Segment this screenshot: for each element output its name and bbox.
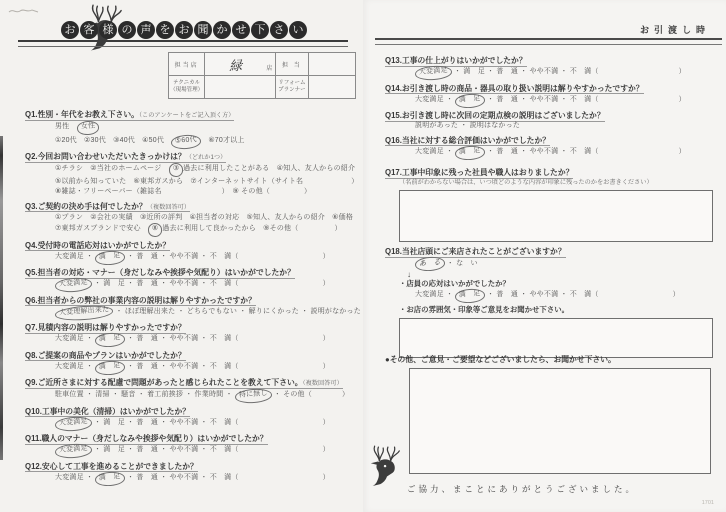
q14-scale: 大変満足 ・ 満 足 ・ 普 通 ・ やや不満 ・ 不 満（） xyxy=(385,94,719,108)
q3-options-line1: ①プラン ②会社の実績 ③近所の評判 ④担当者の対応 ⑤知人、友人からの紹介 ⑥… xyxy=(25,213,361,224)
question-title: Q13.工事の仕上がりはいかがでしたか？ xyxy=(385,56,527,67)
option-text: ・ 普 通 ・ やや不満 ・ 不 満（ xyxy=(125,363,239,370)
title-badge-char: さ xyxy=(270,21,288,39)
q17-note: （名前がわからない場合は、いつ頃どのような内容が印象に残ったのかをお書きください… xyxy=(385,178,719,187)
q16-scale: 大変満足 ・ 満 足 ・ 普 通 ・ やや不満 ・ 不 満（） xyxy=(385,146,719,160)
circled-answer: 大変満足 xyxy=(55,277,93,293)
corner-scribble xyxy=(7,6,41,16)
option-text: 大変満足 ・ xyxy=(415,291,455,298)
question-title: Q5.担当者の対応・マナー（身だしなみや挨拶や気配り）はいかがでしたか？ xyxy=(25,268,295,279)
q2-options-line2: ⑤以前から知っていた ⑥東邦ガスから ⑦インターネットサイト（サイト名） xyxy=(25,177,361,188)
option-text: ①プラン ②会社の実績 ③近所の評判 ④担当者の対応 ⑤知人、友人からの紹介 ⑥… xyxy=(55,214,353,221)
question-q3: Q3.ご契約の決め手は何でしたか？（複数回答可） ①プラン ②会社の実績 ③近所… xyxy=(25,202,361,237)
q5-scale: 大変満足 ・ 満 足 ・ 普 通 ・ やや不満 ・ 不 満（） xyxy=(25,278,361,292)
question-q1: Q1.性別・年代をお教え下さい。（このアンケートをご記入頂く方） 男性 女性 ①… xyxy=(25,110,361,148)
circled-answer: 満 足 xyxy=(95,332,125,348)
option-text: ） xyxy=(323,419,330,426)
staff-technical-value xyxy=(205,76,276,99)
option-text xyxy=(69,123,76,130)
staff-table: 担当店 店 緑 担 当 テクニカル（現場管理） リフォームプランナー xyxy=(168,52,356,99)
question-q17: Q17.工事中印象に残った社員や職人はおりましたか？ （名前がわからない場合は、… xyxy=(385,168,719,242)
title-badge-char: い xyxy=(289,21,307,39)
option-text: ・ その他（ xyxy=(272,391,312,398)
option-text: 説明があった ・ 説明はなかった xyxy=(415,122,520,129)
option-text: 過去に利用したことがある ④知人、友人からの紹介 xyxy=(183,165,355,172)
q9-options: 駐車位置 ・ 清掃 ・ 騒音 ・ 着工前挨拶 ・ 作業時間 ・ 特に無し ・ そ… xyxy=(25,389,361,403)
page-title: お客様の声をお聞かせ下さい xyxy=(61,21,308,39)
option-text: ⑤以前から知っていた ⑥東邦ガスから ⑦インターネットサイト（サイト名 xyxy=(55,178,303,185)
other-comments-box xyxy=(409,368,711,474)
title-badge-char: か xyxy=(213,21,231,39)
question-title: Q8.ご提案の商品やプランはいかがでしたか？ xyxy=(25,351,186,362)
q13-scale: 大変満足 ・ 満 足 ・ 普 通 ・ やや不満 ・ 不 満（） xyxy=(385,66,719,80)
title-badge-char: お xyxy=(175,21,193,39)
questions-right: Q13.工事の仕上がりはいかがでしたか？ 大変満足 ・ 満 足 ・ 普 通 ・ … xyxy=(385,56,719,363)
option-text: ・ 普 通 ・ やや不満 ・ 不 満（ xyxy=(125,253,239,260)
scan-edge-artifact xyxy=(0,136,3,460)
circled-answer: ⑤60代 xyxy=(171,133,202,149)
circled-answer: 満 足 xyxy=(95,249,125,265)
option-text: ・ 普 通 ・ やや不満 ・ 不 満（ xyxy=(485,148,599,155)
option-text: 大変満足 ・ xyxy=(55,474,95,481)
title-badge-char: 様 xyxy=(99,21,117,39)
question-q7: Q7.見積内容の説明は解りやすかったですか？ 大変満足 ・ 満 足 ・ 普 通 … xyxy=(25,323,361,347)
q18-options: あ る ・ な い xyxy=(385,257,719,271)
option-text: 大変満足 ・ xyxy=(415,148,455,155)
title-badge-char: 客 xyxy=(80,21,98,39)
question-q14: Q14.お引き渡し時の商品・器具の取り扱い説明は解りやすかったですか？ 大変満足… xyxy=(385,84,719,108)
question-q12: Q12.安心して工事を進めることができましたか？ 大変満足 ・ 満 足 ・ 普 … xyxy=(25,462,361,486)
q18-sub1-scale: 大変満足 ・ 満 足 ・ 普 通 ・ やや不満 ・ 不 満（） xyxy=(385,289,719,303)
question-q8: Q8.ご提案の商品やプランはいかがでしたか？ 大変満足 ・ 満 足 ・ 普 通 … xyxy=(25,351,361,375)
option-text xyxy=(239,450,323,451)
title-badge-char: お xyxy=(61,21,79,39)
option-text xyxy=(239,478,323,479)
title-badge-char: の xyxy=(118,21,136,39)
question-q9: Q9.ご近所さまに対する配慮で問題があったと感じられたことを教えて下さい。（複数… xyxy=(25,378,361,403)
q1-gender-options: 男性 女性 xyxy=(25,121,361,135)
answer-box-q17 xyxy=(399,190,713,242)
q11-scale: 大変満足 ・ 満 足 ・ 普 通 ・ やや不満 ・ 不 満（） xyxy=(25,444,361,458)
question-title: Q2.今回お問い合わせいただいたきっかけは？（どれか1つ） xyxy=(25,152,226,163)
q3-options-line2: ⑦東邦ガスブランドで安心 ⑧過去に利用して良かったから ⑨その他（） xyxy=(25,223,361,237)
option-text: ・ ほぼ理解出来た ・ どちらでもない ・ 解りにくかった ・ 説明がなかった xyxy=(113,308,361,315)
circled-answer: ③ xyxy=(168,163,183,177)
q2-options-line1: ①チラシ ②当社のホームページ ③過去に利用したことがある ④知人、友人からの紹… xyxy=(25,163,361,177)
option-text: ） xyxy=(323,474,330,481)
circled-answer: 大変満足 xyxy=(55,415,93,431)
staff-planner-value xyxy=(308,76,356,99)
option-text: ・ 満 足 ・ 普 通 ・ やや不満 ・ 不 満（ xyxy=(92,446,239,453)
question-title: Q12.安心して工事を進めることができましたか？ xyxy=(25,462,198,473)
staff-technical-label: テクニカル（現場管理） xyxy=(169,76,205,99)
staff-person-label: 担 当 xyxy=(276,53,308,76)
option-text xyxy=(303,182,351,183)
staff-store-label: 担当店 xyxy=(169,53,205,76)
title-badge-char: 声 xyxy=(137,21,155,39)
staff-person-value xyxy=(308,53,356,76)
option-text: 大変満足 ・ xyxy=(415,96,455,103)
staff-planner-label: リフォームプランナー xyxy=(276,76,308,99)
title-badge-char: 下 xyxy=(251,21,269,39)
option-text xyxy=(239,367,323,368)
option-text: ・ 満 足 ・ 普 通 ・ やや不満 ・ 不 満（ xyxy=(452,68,599,75)
circled-answer: 満 足 xyxy=(455,144,485,160)
q7-scale: 大変満足 ・ 満 足 ・ 普 通 ・ やや不満 ・ 不 満（） xyxy=(25,333,361,347)
question-q10: Q10.工事中の美化（清掃）はいかがでしたか？ 大変満足 ・ 満 足 ・ 普 通… xyxy=(25,407,361,431)
question-q13: Q13.工事の仕上がりはいかがでしたか？ 大変満足 ・ 満 足 ・ 普 通 ・ … xyxy=(385,56,719,80)
circled-answer: 大変満足 xyxy=(415,65,453,81)
option-text xyxy=(298,229,334,230)
handwritten-arrow: ↓ xyxy=(385,271,719,279)
option-text xyxy=(312,395,342,396)
q2-options-line3: ⑧雑誌・フリーペーパー（雑誌名） ⑨ その他（） xyxy=(25,187,361,198)
q1-age-options: ①20代 ②30代 ③40代 ④50代 ⑤60代 ⑥70才以上 xyxy=(25,135,361,149)
store-name-handwritten: 緑 xyxy=(205,53,276,74)
form-code: 1701 xyxy=(702,500,714,506)
thanks-message: ご協力、まことにありがとうございました。 xyxy=(407,483,637,495)
q8-scale: 大変満足 ・ 満 足 ・ 普 通 ・ やや不満 ・ 不 満（） xyxy=(25,361,361,375)
option-text xyxy=(239,284,323,285)
circled-answer: 満 足 xyxy=(95,470,125,486)
option-text: ） xyxy=(679,68,686,75)
survey-page-left: お客様の声をお聞かせ下さい 担当店 店 緑 担 当 テクニカル（現場管理） リフ… xyxy=(0,0,363,512)
option-text: ・ 普 通 ・ やや不満 ・ 不 満（ xyxy=(485,291,599,298)
option-text xyxy=(239,423,323,424)
option-text: 大変満足 ・ xyxy=(55,363,95,370)
option-text: 過去に利用して良かったから ⑨その他（ xyxy=(162,225,298,232)
option-text xyxy=(599,72,679,73)
section-rule xyxy=(375,38,722,45)
question-title: Q14.お引き渡し時の商品・器具の取り扱い説明は解りやすかったですか？ xyxy=(385,84,644,95)
option-text: ・ 満 足 ・ 普 通 ・ やや不満 ・ 不 満（ xyxy=(92,419,239,426)
other-comments-label: ●その他、ご意見・ご要望などございましたら、お聞かせ下さい。 xyxy=(385,354,616,365)
option-text: ・ 普 通 ・ やや不満 ・ 不 満（ xyxy=(125,335,239,342)
option-text: ） xyxy=(323,335,330,342)
circled-answer: 女性 xyxy=(76,120,99,135)
option-text: ） xyxy=(342,391,349,398)
option-text: ） xyxy=(323,280,330,287)
question-q2: Q2.今回お問い合わせいただいたきっかけは？（どれか1つ） ①チラシ ②当社のホ… xyxy=(25,152,361,198)
option-text: ・ 満 足 ・ 普 通 ・ やや不満 ・ 不 満（ xyxy=(92,280,239,287)
staff-store-value: 店 緑 xyxy=(205,53,276,76)
question-q16: Q16.当社に対する総合評価はいかがでしたか？ 大変満足 ・ 満 足 ・ 普 通… xyxy=(385,136,719,160)
option-text: ・ 普 通 ・ やや不満 ・ 不 満（ xyxy=(125,474,239,481)
person-name-handwritten xyxy=(309,63,355,65)
question-title: Q11.職人のマナー（身だしなみや挨拶や気配り）はいかがでしたか？ xyxy=(25,434,268,445)
option-text xyxy=(270,192,304,193)
option-text: ） xyxy=(673,291,680,298)
option-text: ） xyxy=(323,253,330,260)
option-text xyxy=(239,339,323,340)
option-text: ⑦東邦ガスブランドで安心 xyxy=(55,225,148,232)
option-text xyxy=(162,192,222,193)
option-text: ） xyxy=(679,148,686,155)
circled-answer: 満 足 xyxy=(455,92,485,108)
q4-scale: 大変満足 ・ 満 足 ・ 普 通 ・ やや不満 ・ 不 満（） xyxy=(25,251,361,265)
option-text: ①チラシ ②当社のホームページ xyxy=(55,165,169,172)
option-text xyxy=(599,152,679,153)
q18-sub2-title: ・お店の雰囲気・印象等ご意見をお聞かせ下さい。 xyxy=(385,305,719,315)
questions-left: Q1.性別・年代をお教え下さい。（このアンケートをご記入頂く方） 男性 女性 ①… xyxy=(25,110,361,489)
question-title: Q16.当社に対する総合評価はいかがでしたか？ xyxy=(385,136,550,147)
circled-answer: あ る xyxy=(415,256,445,272)
option-text: ⑧雑誌・フリーペーパー（雑誌名 xyxy=(55,188,162,195)
option-text: ・ な い xyxy=(445,260,478,267)
q15-options: 説明があった ・ 説明はなかった xyxy=(385,121,719,132)
question-title: Q6.担当者からの弊社の事業内容の説明は解りやすかったですか？ xyxy=(25,296,256,307)
option-text: ） xyxy=(334,225,341,232)
option-text xyxy=(239,257,323,258)
question-title: Q18.当社店頭にご来店されたことがございますか？ xyxy=(385,247,566,258)
option-text: 大変満足 ・ xyxy=(55,335,95,342)
question-q11: Q11.職人のマナー（身だしなみや挨拶や気配り）はいかがでしたか？ 大変満足 ・… xyxy=(25,434,361,458)
option-text: ） xyxy=(323,363,330,370)
question-title: Q3.ご契約の決め手は何でしたか？（複数回答可） xyxy=(25,202,190,213)
option-text: ） ⑨ その他（ xyxy=(222,188,270,195)
circled-answer: 満 足 xyxy=(95,359,125,375)
survey-page-right: お引渡し時 Q13.工事の仕上がりはいかがでしたか？ 大変満足 ・ 満 足 ・ … xyxy=(363,0,726,512)
question-title: Q7.見積内容の説明は解りやすかったですか？ xyxy=(25,323,186,334)
option-text: ） xyxy=(351,178,358,185)
title-rule xyxy=(18,40,348,47)
title-badge-char: を xyxy=(156,21,174,39)
deer-logo-icon xyxy=(367,444,405,492)
question-title: Q17.工事中印象に残った社員や職人はおりましたか？ xyxy=(385,168,573,179)
title-badge-char: せ xyxy=(232,21,250,39)
scanned-survey-form: { "colors": {"ink": "#3d3d3d", "badge_bg… xyxy=(0,0,726,512)
question-q18: Q18.当社店頭にご来店されたことがございますか？ あ る ・ な い ↓ ・店… xyxy=(385,247,719,358)
circled-answer: 満 足 xyxy=(455,287,485,303)
option-text xyxy=(599,295,673,296)
q12-scale: 大変満足 ・ 満 足 ・ 普 通 ・ やや不満 ・ 不 満（） xyxy=(25,472,361,486)
option-text: ） xyxy=(323,446,330,453)
title-badge-char: 聞 xyxy=(194,21,212,39)
section-header-delivery: お引渡し時 xyxy=(640,23,710,36)
option-text: 駐車位置 ・ 清掃 ・ 騒音 ・ 着工前挨拶 ・ 作業時間 ・ xyxy=(55,391,235,398)
answer-box-q18 xyxy=(399,318,713,358)
question-q5: Q5.担当者の対応・マナー（身だしなみや挨拶や気配り）はいかがでしたか？ 大変満… xyxy=(25,268,361,292)
circled-answer: 大変理解出来た xyxy=(55,303,114,321)
circled-answer: 特に無し xyxy=(234,388,272,404)
option-text: 大変満足 ・ xyxy=(55,253,95,260)
option-text: ⑥70才以上 xyxy=(201,137,244,144)
question-title: Q4.受付時の電話応対はいかがでしたか？ xyxy=(25,241,170,252)
question-title: Q9.ご近所さまに対する配慮で問題があったと感じられたことを教えて下さい。（複数… xyxy=(25,378,343,389)
circled-answer: 大変満足 xyxy=(55,443,93,459)
option-text: ①20代 ②30代 ③40代 ④50代 xyxy=(55,137,171,144)
option-text: ） xyxy=(304,188,311,195)
q10-scale: 大変満足 ・ 満 足 ・ 普 通 ・ やや不満 ・ 不 満（） xyxy=(25,417,361,431)
question-q4: Q4.受付時の電話応対はいかがでしたか？ 大変満足 ・ 満 足 ・ 普 通 ・ … xyxy=(25,241,361,265)
question-title: Q15.お引き渡し時に次回の定期点検の説明はございましたか？ xyxy=(385,111,605,122)
option-text: ・ 普 通 ・ やや不満 ・ 不 満（ xyxy=(485,96,599,103)
question-title: Q10.工事中の美化（清掃）はいかがでしたか？ xyxy=(25,407,190,418)
q18-sub1-title: ・店員の応対はいかがでしたか？ xyxy=(385,279,719,289)
option-text: 男性 xyxy=(55,123,69,130)
question-q6: Q6.担当者からの弊社の事業内容の説明は解りやすかったですか？ 大変理解出来た … xyxy=(25,296,361,320)
option-text: ） xyxy=(679,96,686,103)
q6-options: 大変理解出来た ・ ほぼ理解出来た ・ どちらでもない ・ 解りにくかった ・ … xyxy=(25,306,361,320)
option-text xyxy=(599,100,679,101)
question-title: Q1.性別・年代をお教え下さい。（このアンケートをご記入頂く方） xyxy=(25,110,234,121)
question-q15: Q15.お引き渡し時に次回の定期点検の説明はございましたか？ 説明があった ・ … xyxy=(385,111,719,132)
circled-answer: ⑧ xyxy=(147,223,162,237)
